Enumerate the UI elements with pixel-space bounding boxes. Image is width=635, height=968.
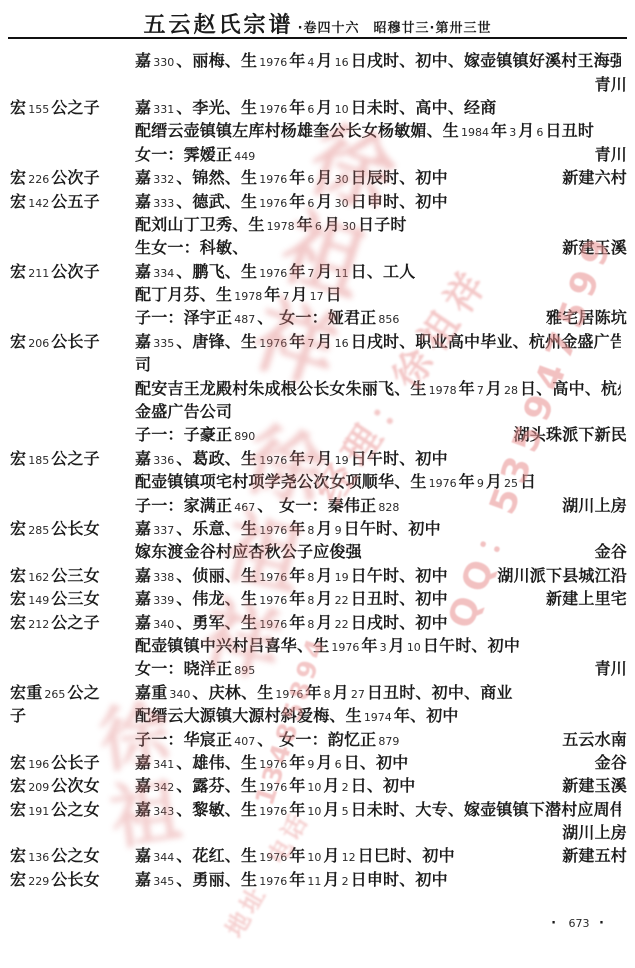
generation-label: 宏196公长子 xyxy=(10,750,135,773)
genealogy-row: 宏211公次子 嘉334、鹏飞、生1976年7月11日、工人 xyxy=(0,259,635,282)
genealogy-row: 子一：家满正467、 女一：秦伟正828 湖川上房 xyxy=(0,492,635,515)
entry-text: 嘉335、唐锋、生1976年7月16日戌时、职业高中毕业、杭州金盛广告公 xyxy=(135,329,621,352)
residence-label: 湖川上房 xyxy=(556,820,627,843)
genealogy-row: 宏212公之子 嘉340、勇军、生1976年8月22日戌时、初中 xyxy=(0,609,635,632)
generation-label: 宏136公之女 xyxy=(10,843,135,866)
genealogy-row: 子一：华宸正407、 女一：韵忆正879 五云水南 xyxy=(0,726,635,749)
entry-text: 嘉重340、庆林、生1976年8月27日丑时、初中、商业 xyxy=(135,680,513,703)
residence-label: 青川 xyxy=(589,656,627,679)
entry-text: 嘉343、黎敏、生1976年10月5日未时、大专、嫁壶镇镇下潜村应周伟 xyxy=(135,797,621,820)
genealogy-row: 宏226公次子 嘉332、锦然、生1976年6月30日辰时、初中 新建六村 xyxy=(0,165,635,188)
page-number: · 673 · xyxy=(551,916,607,931)
entry-text: 嘉333、德武、生1976年6月30日申时、初中 xyxy=(135,189,448,212)
generation-label: 宏重265公之 xyxy=(10,680,135,703)
header-divider xyxy=(8,37,627,39)
generation-label: 宏162公三女 xyxy=(10,563,135,586)
generation-label: 宏191公之女 xyxy=(10,797,135,820)
entry-text: 嫁东渡金谷村应杏秋公子应俊强 xyxy=(135,539,362,562)
entry-text: 嘉332、锦然、生1976年6月30日辰时、初中 xyxy=(135,165,448,188)
generation-label: 宏229公长女 xyxy=(10,867,135,890)
genealogy-row: 配刘山丁卫秀、生1978年6月30日子时 xyxy=(0,212,635,235)
genealogy-row: 配壶镇镇项宅村项学尧公次女项顺华、生1976年9月25日 xyxy=(0,469,635,492)
page-title: 五云赵氏宗谱 xyxy=(144,13,294,38)
generation-label: 子 xyxy=(10,703,135,726)
genealogy-row: 宏191公之女 嘉343、黎敏、生1976年10月5日未时、大专、嫁壶镇镇下潜村… xyxy=(0,797,635,820)
generation-label: 宏155公之子 xyxy=(10,95,135,118)
entry-text: 嘉334、鹏飞、生1976年7月11日、工人 xyxy=(135,259,415,282)
genealogy-row: 宏142公五子 嘉333、德武、生1976年6月30日申时、初中 xyxy=(0,188,635,211)
entry-text: 金盛广告公司 xyxy=(135,399,232,422)
entry-text: 嘉330、丽梅、生1976年4月16日戌时、初中、嫁壶镇镇好溪村王海强 xyxy=(135,48,621,71)
genealogy-row: 子一：泽宇正487、 女一：娅君正856 雅宅居陈坑 xyxy=(0,305,635,328)
genealogy-row: 宏162公三女 嘉338、侦丽、生1976年8月19日午时、初中 湖川派下县城江… xyxy=(0,563,635,586)
residence-label: 新建玉溪 xyxy=(556,235,627,258)
entry-text: 配壶镇镇项宅村项学尧公次女项顺华、生1976年9月25日 xyxy=(135,469,536,492)
entry-text: 女一：霁嫒正449 xyxy=(135,142,257,165)
entry-text: 嘉341、雄伟、生1976年9月6日、初中 xyxy=(135,750,408,773)
entry-text: 配刘山丁卫秀、生1978年6月30日子时 xyxy=(135,212,407,235)
entry-text: 配安吉王龙殿村朱成根公长女朱丽飞、生1978年7月28日、高中、杭州 xyxy=(135,376,621,399)
generation-label: 宏226公次子 xyxy=(10,165,135,188)
genealogy-row: 宏209公次女 嘉342、露芬、生1976年10月2日、初中 新建玉溪 xyxy=(0,773,635,796)
generation-label: 宏149公三女 xyxy=(10,586,135,609)
entry-text: 子一：泽宇正487、 女一：娅君正856 xyxy=(135,305,401,328)
genealogy-row: 嘉330、丽梅、生1976年4月16日戌时、初中、嫁壶镇镇好溪村王海强 xyxy=(0,48,635,71)
residence-label: 新建上里宅 xyxy=(540,586,627,609)
generation-label: 宏211公次子 xyxy=(10,259,135,282)
entry-text: 配缙云大源镇大源村斜爱梅、生1974年、初中 xyxy=(135,703,459,726)
page-subtitle: ·卷四十六 昭穆廿三·第卅三世 xyxy=(298,21,492,36)
genealogy-row: 宏229公长女 嘉345、勇丽、生1976年11月2日申时、初中 xyxy=(0,867,635,890)
entry-text: 子一：家满正467、 女一：秦伟正828 xyxy=(135,493,401,516)
residence-label: 新建六村 xyxy=(556,165,627,188)
entry-text: 子一：华宸正407、 女一：韵忆正879 xyxy=(135,727,401,750)
entry-text: 配壶镇镇中兴村吕喜华、生1976年3月10日午时、初中 xyxy=(135,633,520,656)
entry-text: 嘉339、伟龙、生1976年8月22日丑时、初中 xyxy=(135,586,448,609)
genealogy-row: 司 xyxy=(0,352,635,375)
residence-label: 湖川上房 xyxy=(556,493,627,516)
genealogy-row: 宏重265公之 嘉重340、庆林、生1976年8月27日丑时、初中、商业 xyxy=(0,680,635,703)
genealogy-row: 宏155公之子 嘉331、李光、生1976年6月10日未时、高中、经商 xyxy=(0,95,635,118)
generation-label: 宏206公长子 xyxy=(10,329,135,352)
genealogy-row: 配缙云壶镇镇左库村杨雄奎公长女杨敏媚、生1984年3月6日丑时 xyxy=(0,118,635,141)
entry-text: 子一：子豪正890 xyxy=(135,422,257,445)
genealogy-row: 子 配缙云大源镇大源村斜爱梅、生1974年、初中 xyxy=(0,703,635,726)
genealogy-page: 五云赵氏宗谱·卷四十六 昭穆廿三·第卅三世 嘉330、丽梅、生1976年4月16… xyxy=(0,0,635,968)
genealogy-row: 湖川上房 xyxy=(0,820,635,843)
generation-label: 宏209公次女 xyxy=(10,773,135,796)
generation-label: 宏185公之子 xyxy=(10,446,135,469)
generation-label: 宏212公之子 xyxy=(10,610,135,633)
residence-label: 青川 xyxy=(589,142,627,165)
entry-text: 配缙云壶镇镇左库村杨雄奎公长女杨敏媚、生1984年3月6日丑时 xyxy=(135,118,594,141)
entry-text: 配丁月芬、生1978年7月17日 xyxy=(135,282,342,305)
entry-text: 嘉336、葛政、生1976年7月19日午时、初中 xyxy=(135,446,448,469)
entry-text: 嘉338、侦丽、生1976年8月19日午时、初中 xyxy=(135,563,448,586)
entry-text: 女一：晓洋正895 xyxy=(135,656,257,679)
entry-text: 嘉331、李光、生1976年6月10日未时、高中、经商 xyxy=(135,95,496,118)
generation-label: 宏142公五子 xyxy=(10,189,135,212)
genealogy-row: 生女一：科敏、 新建玉溪 xyxy=(0,235,635,258)
genealogy-row: 宏285公长女 嘉337、乐意、生1976年8月9日午时、初中 xyxy=(0,516,635,539)
residence-label: 湖头珠派下新民 xyxy=(508,422,627,445)
genealogy-row: 子一：子豪正890 湖头珠派下新民 xyxy=(0,422,635,445)
genealogy-row: 金盛广告公司 xyxy=(0,399,635,422)
generation-label: 宏285公长女 xyxy=(10,516,135,539)
genealogy-row: 青川 xyxy=(0,71,635,94)
genealogy-row: 宏136公之女 嘉344、花红、生1976年10月12日巳时、初中 新建五村 xyxy=(0,843,635,866)
genealogy-row: 嫁东渡金谷村应杏秋公子应俊强 金谷 xyxy=(0,539,635,562)
genealogy-row: 配壶镇镇中兴村吕喜华、生1976年3月10日午时、初中 xyxy=(0,633,635,656)
entry-text: 生女一：科敏、 xyxy=(135,235,248,258)
page-header: 五云赵氏宗谱·卷四十六 昭穆廿三·第卅三世 xyxy=(0,8,635,39)
entry-text: 嘉345、勇丽、生1976年11月2日申时、初中 xyxy=(135,867,448,890)
residence-label: 金谷 xyxy=(589,750,627,773)
genealogy-row: 宏185公之子 嘉336、葛政、生1976年7月19日午时、初中 xyxy=(0,446,635,469)
genealogy-row: 女一：晓洋正895 青川 xyxy=(0,656,635,679)
residence-label: 青川 xyxy=(589,72,627,95)
entry-text: 嘉342、露芬、生1976年10月2日、初中 xyxy=(135,773,415,796)
residence-label: 五云水南 xyxy=(556,727,627,750)
entry-text: 嘉337、乐意、生1976年8月9日午时、初中 xyxy=(135,516,441,539)
entry-text: 司 xyxy=(135,352,151,375)
genealogy-row: 宏206公长子 嘉335、唐锋、生1976年7月16日戌时、职业高中毕业、杭州金… xyxy=(0,329,635,352)
genealogy-row: 配丁月芬、生1978年7月17日 xyxy=(0,282,635,305)
genealogy-row: 女一：霁嫒正449 青川 xyxy=(0,142,635,165)
entry-text: 嘉340、勇军、生1976年8月22日戌时、初中 xyxy=(135,610,448,633)
residence-label: 湖川派下县城江沿 xyxy=(491,563,627,586)
residence-label: 雅宅居陈坑 xyxy=(540,305,627,328)
entry-text: 嘉344、花红、生1976年10月12日巳时、初中 xyxy=(135,843,455,866)
genealogy-row: 配安吉王龙殿村朱成根公长女朱丽飞、生1978年7月28日、高中、杭州 xyxy=(0,375,635,398)
residence-label: 金谷 xyxy=(589,539,627,562)
residence-label: 新建玉溪 xyxy=(556,773,627,796)
genealogy-row: 宏149公三女 嘉339、伟龙、生1976年8月22日丑时、初中 新建上里宅 xyxy=(0,586,635,609)
genealogy-row: 宏196公长子 嘉341、雄伟、生1976年9月6日、初中 金谷 xyxy=(0,750,635,773)
genealogy-entries: 嘉330、丽梅、生1976年4月16日戌时、初中、嫁壶镇镇好溪村王海强 青川 宏… xyxy=(0,48,635,890)
residence-label: 新建五村 xyxy=(556,843,627,866)
